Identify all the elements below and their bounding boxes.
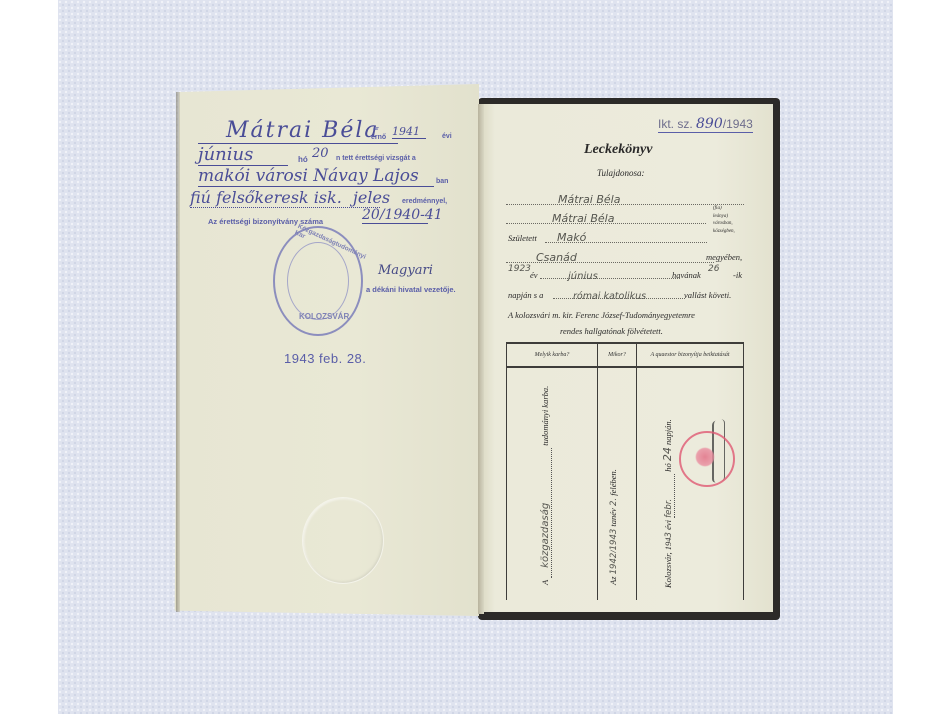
printed-eredmennyel: eredménnyel, <box>402 198 447 205</box>
document-title: Leckekönyv <box>584 142 652 158</box>
signature-caption: a dékáni hivatal vezetője. <box>366 285 456 294</box>
birth-month-line: június <box>540 264 680 279</box>
header-faculty: Melyik karba? <box>507 343 598 367</box>
stamp-city: KOLOZSVÁR <box>299 312 349 321</box>
birth-year: 1923 <box>508 264 531 274</box>
faculty-oval-stamp: Közgazdaságtudományi Kar KOLOZSVÁR <box>273 226 363 336</box>
registration-number: Ikt. sz. 890/1943 <box>658 116 753 133</box>
left-page-edge <box>176 92 180 612</box>
reg-year: 1943 <box>726 117 753 131</box>
napjan-label: napján s a <box>508 290 543 300</box>
ik-label: -ik <box>733 270 742 280</box>
student-name-handwritten: Mátrai Béla <box>198 118 398 144</box>
owner-line-1: Mátrai Béla <box>506 188 744 205</box>
faculty-handwritten: közgazdaság <box>540 448 552 578</box>
printed-erto: érnő <box>371 134 386 141</box>
quaestor-vertical-text: Kolozsvár, 1943 évi febr. hó 24 napján. <box>661 419 675 588</box>
owner-label: Tulajdonosa: <box>597 168 645 178</box>
county-line: Csanád <box>506 246 714 263</box>
month-handwritten: június <box>198 144 288 166</box>
printed-certificate-label: Az érettségi bizonyítvány száma <box>208 217 323 226</box>
printed-ar: ár <box>373 126 379 132</box>
date-stamp: 1943 feb. 28. <box>284 351 366 366</box>
certificate-number: 20/1940-41 <box>362 207 428 224</box>
grade: jeles <box>353 188 390 207</box>
day-handwritten: 20 <box>312 146 329 161</box>
header-quaestor: A quaestor bizonyítja beiktatását <box>637 343 744 367</box>
reg-label: Ikt. sz. <box>658 117 693 131</box>
school-type: fiú felsőkeresk isk. <box>190 188 342 207</box>
embossed-seal <box>302 497 384 584</box>
printed-exam-text: n tett érettségi vizsgát a <box>336 155 416 162</box>
book-gutter <box>478 104 484 614</box>
printed-evi: évi <box>442 133 452 140</box>
admission-line-2: rendes hallgatónak fölvétetett. <box>560 326 663 336</box>
havanak-label: havának <box>672 270 701 280</box>
admission-line-1: A kolozsvári m. kir. Ferenc József-Tudom… <box>508 310 695 320</box>
suffix-options: (fia) leánya) városban, községben, <box>713 205 735 235</box>
school-handwritten: makói városi Návay Lajos <box>198 166 434 187</box>
county-label: megyében, <box>706 252 742 262</box>
birthplace-line: Makó <box>545 226 707 243</box>
cell-quaestor <box>637 367 744 600</box>
birth-day: 26 <box>708 264 719 274</box>
religion-line: római katolikus <box>553 284 685 299</box>
cell-faculty <box>507 367 598 600</box>
quaestor-red-stamp <box>679 431 735 487</box>
semester-vertical-text: Az 1942/1943 tanév 2. felében. <box>608 469 619 585</box>
printed-ho: hó <box>298 155 308 164</box>
dean-signature: Magyari <box>378 263 433 278</box>
school-type-handwritten: fiú felsőkeresk isk. jeles <box>190 188 380 208</box>
faculty-vertical-text: A közgazdaság tudományi karba. <box>540 386 552 585</box>
printed-ban: ban <box>436 178 448 185</box>
vallast-label: vallást követi. <box>684 290 731 300</box>
ev-label: év <box>530 270 538 280</box>
header-when: Mikor? <box>598 343 637 367</box>
year-handwritten: 1941 <box>392 125 426 139</box>
reg-number-value: 890 <box>696 116 723 132</box>
born-label: Született <box>508 233 537 243</box>
owner-line-2: Mátrai Béla <box>506 207 706 224</box>
